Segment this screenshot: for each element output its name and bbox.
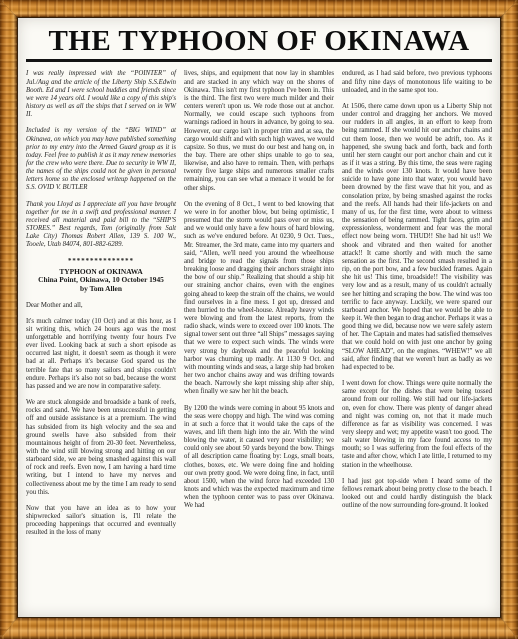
title-rule xyxy=(26,59,492,62)
picture-frame-bottom xyxy=(0,618,518,639)
paragraph: On the evening of 8 Oct., I went to bed … xyxy=(184,201,334,397)
intro-paragraph-2: Included is my version of the “BIG WIND”… xyxy=(26,127,176,192)
paragraph: It's much calmer today (10 Oct) and at t… xyxy=(26,318,176,391)
letter-body: I was really impressed with the “POINTER… xyxy=(25,70,493,545)
document-page: THE TYPHOON OF OKINAWA I was really impr… xyxy=(17,17,501,618)
letter-column-1: I was really impressed with the “POINTER… xyxy=(26,70,176,545)
paragraph: lives, ships, and equipment that now lay… xyxy=(184,70,334,192)
paragraph: endured, as I had said before, two previ… xyxy=(342,70,492,94)
picture-frame-left xyxy=(0,0,17,639)
salutation: Dear Mother and all, xyxy=(26,302,176,310)
paragraph: I went down for chow. Things were quite … xyxy=(342,380,492,470)
paragraph: Now that you have an idea as to how your… xyxy=(26,505,176,538)
page-title: THE TYPHOON OF OKINAWA xyxy=(25,26,493,56)
framed-document: THE TYPHOON OF OKINAWA I was really impr… xyxy=(0,0,518,639)
intro-paragraph-1: I was really impressed with the “POINTER… xyxy=(26,70,176,119)
asterisk-separator: *************** xyxy=(26,258,176,266)
article-heading-byline: by Tom Allen xyxy=(80,284,122,293)
intro-paragraph-3: Thank you Lloyd as I appreciate all you … xyxy=(26,201,176,250)
paragraph: At 1506, there came down upon us a Liber… xyxy=(342,103,492,372)
letter-column-3: endured, as I had said before, two previ… xyxy=(342,70,492,545)
letter-column-2: lives, ships, and equipment that now lay… xyxy=(184,70,334,545)
paragraph: By 1200 the winds were coming in about 9… xyxy=(184,405,334,511)
paragraph: I had just got top-side when I heard som… xyxy=(342,478,492,511)
article-heading: TYPHOON of OKINAWA China Point, Okinawa,… xyxy=(26,268,176,294)
picture-frame-top xyxy=(0,0,518,17)
picture-frame-right xyxy=(501,0,518,639)
paragraph: We are stuck alongside and broadside a b… xyxy=(26,399,176,497)
